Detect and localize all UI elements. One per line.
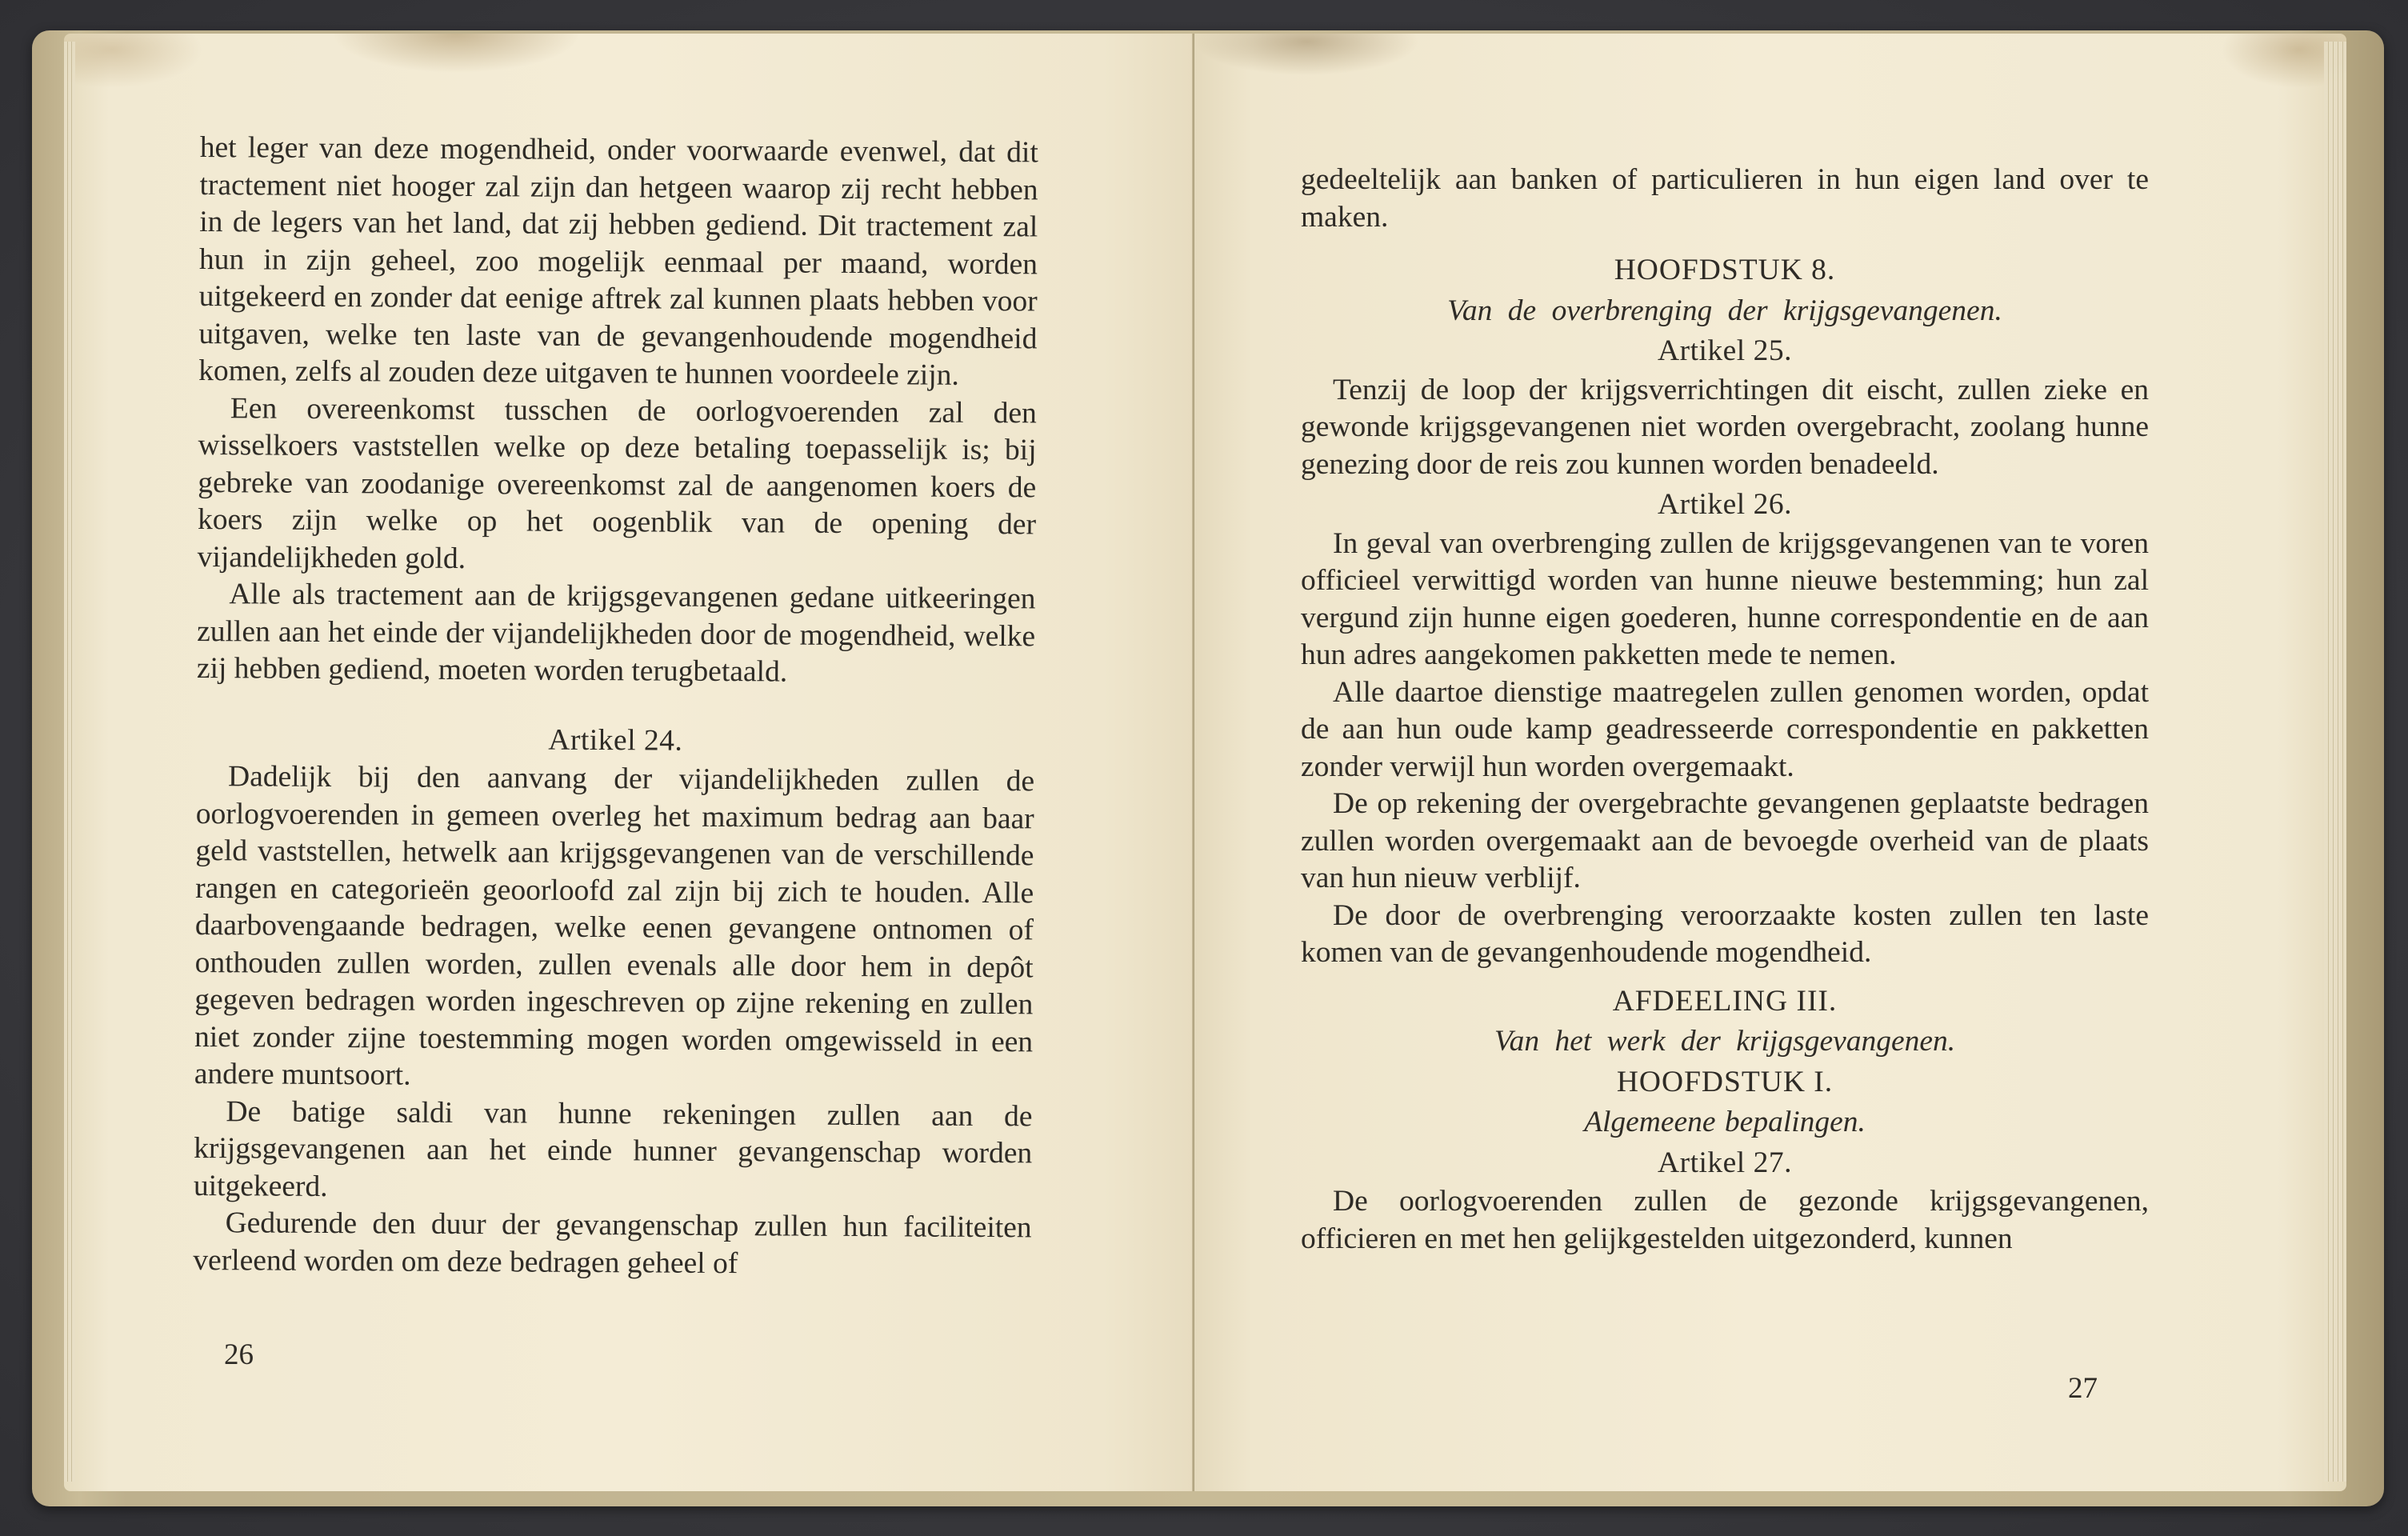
paragraph: De door de overbrenging veroorzaakte kos… <box>1301 898 2149 972</box>
article-heading: Artikel 27. <box>1301 1145 2149 1182</box>
section-heading: AFDEELING III. <box>1301 983 2149 1021</box>
paragraph: gedeeltelijk aan banken of particulieren… <box>1301 162 2149 236</box>
chapter-heading: HOOFDSTUK 8. <box>1301 252 2149 290</box>
page-number: 27 <box>2068 1371 2098 1406</box>
right-page-text: gedeeltelijk aan banken of particulieren… <box>1301 162 2149 1258</box>
page-edges <box>2324 42 2346 1482</box>
page-edges <box>64 42 75 1482</box>
article-heading: Artikel 25. <box>1301 333 2149 370</box>
right-page: gedeeltelijk aan banken of particulieren… <box>1194 34 2346 1491</box>
paragraph: Gedurende den duur der gevangenschap zul… <box>193 1205 1032 1284</box>
paragraph: De batige saldi van hunne rekeningen zul… <box>194 1093 1033 1210</box>
article-heading: Artikel 26. <box>1301 486 2149 524</box>
paragraph: De oorlogvoerenden zullen de gezonde kri… <box>1301 1183 2149 1258</box>
left-page: het leger van deze mogendheid, onder voo… <box>64 34 1194 1491</box>
scan-background: het leger van deze mogendheid, onder voo… <box>0 0 2408 1536</box>
paragraph: In geval van overbrenging zullen de krij… <box>1301 526 2149 674</box>
paragraph: Alle als tractement aan de krijgsgevange… <box>197 576 1036 693</box>
paragraph: Tenzij de loop der krijgsverrichtingen d… <box>1301 372 2149 484</box>
article-heading: Artikel 24. <box>196 719 1034 762</box>
left-page-text: het leger van deze mogendheid, onder voo… <box>193 130 1038 1284</box>
paragraph: het leger van deze mogendheid, onder voo… <box>198 130 1038 395</box>
section-subtitle: Van het werk der krijgsgevangenen. <box>1301 1023 2149 1061</box>
paragraph: Dadelijk bij den aanvang der vijandelijk… <box>194 758 1035 1098</box>
page-number: 26 <box>224 1338 254 1372</box>
paragraph: De op rekening der overgebrachte gevange… <box>1301 786 2149 898</box>
chapter-subtitle: Algemeene bepalingen. <box>1301 1104 2149 1142</box>
paragraph: Alle daartoe dienstige maatregelen zulle… <box>1301 674 2149 786</box>
paragraph: Een overeenkomst tusschen de oorlogvoere… <box>198 390 1037 581</box>
chapter-subtitle: Van de overbrenging der krijgsgevangenen… <box>1301 293 2149 330</box>
chapter-heading: HOOFDSTUK I. <box>1301 1064 2149 1102</box>
